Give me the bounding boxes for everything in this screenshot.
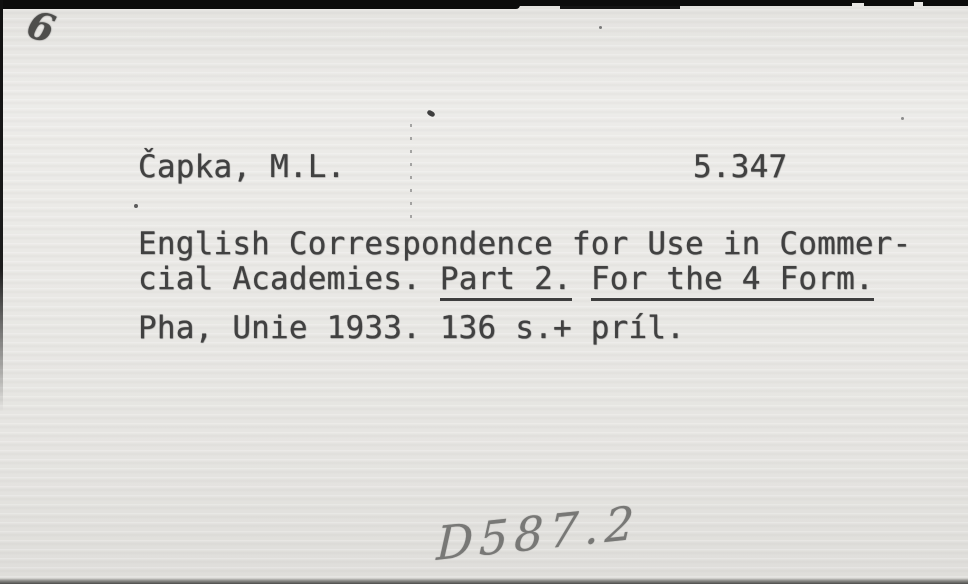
scan-edge-top-gap [852,3,864,7]
pencil-shelf-mark: D587.2 [436,495,641,571]
title-line-2: cial Academies. Part 2.For the 4 Form. [138,262,874,301]
ink-speck [426,109,435,117]
ink-speck [134,204,138,208]
paper-speck [901,117,904,120]
title-line-1: English Correspondence for Use in Commer… [138,227,911,261]
underlined-for-the-4-form: For the 4 Form. [591,262,874,301]
paper-speck [599,26,602,29]
scan-edge-top-gap [914,2,923,7]
catalog-card: 6 Čapka, M.L. 5.347 English Corresponden… [0,0,968,584]
imprint-line: Pha, Unie 1933. 136 s.+ príl. [138,311,685,345]
scan-edge-top-ragged [560,6,680,9]
scan-edge-left [0,0,3,412]
title-line-2-start: cial Academies. [138,261,440,297]
scan-edge-top-thick [0,0,520,9]
author-heading: Čapka, M.L. [138,150,346,184]
scan-edge-bottom [0,578,968,584]
call-number: 5.347 [693,150,787,184]
underlined-part-2: Part 2. [440,262,572,301]
faint-dotted-artifact [410,124,412,220]
